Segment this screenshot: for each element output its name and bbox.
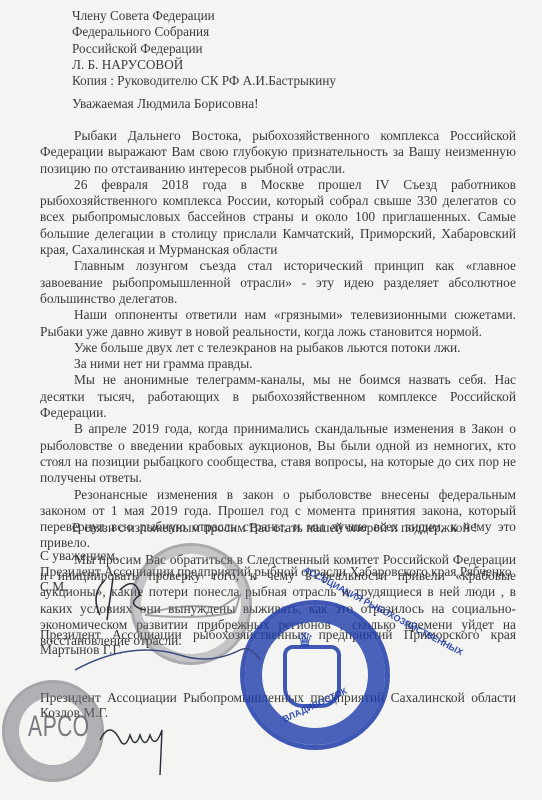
greeting: Уважаемая Людмила Борисовна! [72,96,259,112]
closing-text: С уважением. [40,548,516,563]
paragraph: 26 февраля 2018 года в Москве прошел IV … [40,177,516,258]
paragraph: Мы не анонимные телеграмм-каналы, мы не … [40,372,516,421]
addressee-name: Л. Б. НАРУСОВОЙ [72,57,336,73]
paragraph: В апреле 2019 года, когда принимались ск… [40,421,516,486]
stamp-text-arso: АРСО [28,710,90,744]
signature-sakhalin-icon [90,700,190,780]
signature-khabarovsk-icon [85,570,165,630]
addressee-line: Федерального Собрания [72,24,336,40]
closing-regards: С уважением. [40,548,516,563]
letter-page: Члену Совета Федерации Федерального Собр… [0,0,542,800]
paragraph: За ними нет ни грамма правды. [40,356,516,372]
paragraph: Уже больше двух лет с телеэкранов на рыб… [40,340,516,356]
signature-primorsky-icon [70,630,270,680]
addressee-block: Члену Совета Федерации Федерального Собр… [72,8,336,89]
request-line: В связи с изложенным просим Вас стать на… [72,520,477,536]
addressee-line: Члену Совета Федерации [72,8,336,24]
paragraph: Наши оппоненты ответили нам «грязными» т… [40,307,516,340]
paragraph: Главным лозунгом съезда стал исторически… [40,258,516,307]
paragraph: Рыбаки Дальнего Востока, рыбохозяйственн… [40,128,516,177]
copy-line: Копия : Руководителю СК РФ А.И.Бастрыкин… [72,73,336,89]
addressee-line: Российской Федерации [72,41,336,57]
